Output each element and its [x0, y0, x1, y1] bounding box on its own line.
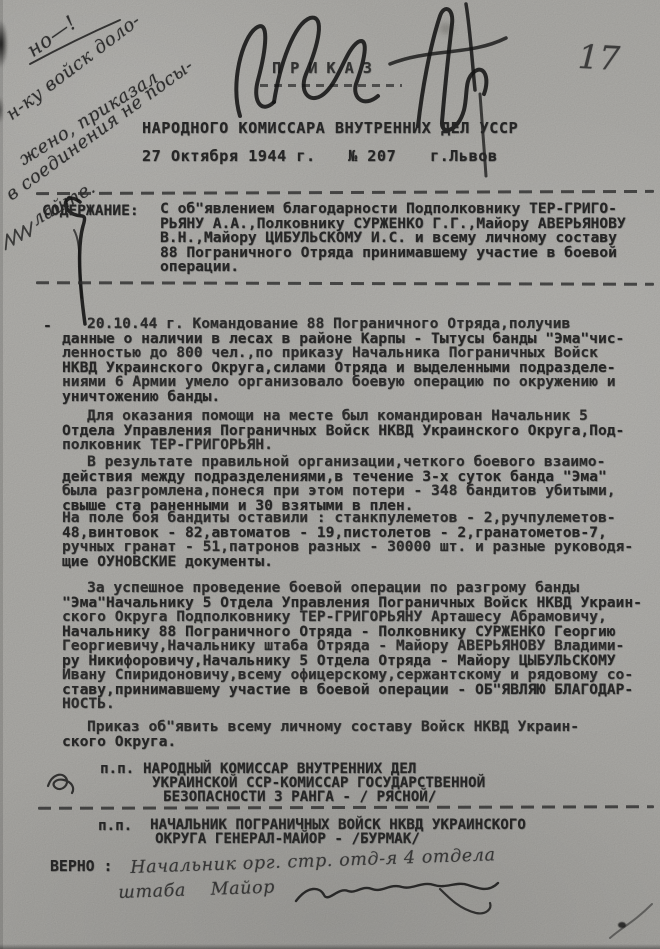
signature-block-chief: НАЧАЛЬНИК ПОГРАНИЧНЫХ ВОЙСК НКВД УКРАИНС…	[150, 819, 526, 847]
paragraph-dash-mark: -	[43, 317, 52, 334]
text-line: НОСТЬ.	[62, 697, 658, 712]
text-line: полковник ТЕР-ГРИГОРЬЯН.	[62, 438, 658, 453]
text-line: На поле боя бандиты оставили : станкпуле…	[62, 511, 658, 526]
certifier-signature-scrawl	[290, 875, 505, 917]
body-paragraph: За успешное проведение боевой операции п…	[62, 581, 658, 712]
verno-label: ВЕРНО :	[50, 858, 112, 875]
body-paragraph: 20.10.44 г. Командование 88 Пограничного…	[62, 317, 658, 405]
scan-left-shadow	[0, 0, 3, 949]
order-number: № 207	[348, 147, 396, 165]
body-paragraph: На поле боя бандиты оставили : станкпуле…	[62, 511, 658, 569]
issuer-line: НАРОДНОГО КОМИССАРА ВНУТРЕННИХ ДЕЛ УССР	[142, 119, 518, 137]
text-line: БЕЗОПАСНОСТИ 3 РАНГА - / РЯСНОЙ/	[143, 790, 485, 804]
separator-rule	[36, 281, 654, 286]
separator-rule	[36, 190, 654, 195]
text-line: была разгромлена,понеся при этом потери …	[62, 484, 658, 499]
body-paragraph: В результате правильной организации,четк…	[62, 455, 658, 513]
document-page: но—! н-ку войск доло- жено, приказал в с…	[0, 0, 660, 949]
page-number-mark: 17	[577, 37, 621, 78]
body-paragraph: Для оказания помощи на месте был команди…	[62, 409, 658, 453]
text-line: ленностью до 800 чел.,по приказу Начальн…	[62, 346, 658, 361]
text-line: ручных гранат - 51,патронов разных - 300…	[62, 540, 658, 555]
margin-check-scribble	[44, 768, 80, 800]
certification-handwriting: Начальник орг. стр. отд-я 4 отдела	[130, 845, 496, 878]
text-line: ставу,принимавшему участие в боевой опер…	[62, 683, 658, 698]
text-line: За успешное проведение боевой операции п…	[62, 581, 658, 596]
text-line: Георгиевичу,Начальнику штаба Отряда - Ма…	[62, 639, 658, 654]
text-line: В результате правильной организации,четк…	[62, 455, 658, 470]
signature-block-commissar: НАРОДНЫЙ КОМИССАР ВНУТРЕННИХ ДЕЛУКРАИНСК…	[143, 762, 485, 805]
text-line: ского Округа.	[62, 735, 658, 750]
text-line: 20.10.44 г. Командование 88 Пограничного…	[62, 317, 658, 332]
pp-mark: п.п.	[98, 819, 132, 833]
subject-text: С об"явлением благодарности Подполковник…	[160, 202, 626, 275]
text-line: Ивану Спиридоновичу,всему офицерскому,се…	[62, 668, 658, 683]
margin-note-underline-stroke	[26, 12, 126, 72]
scan-bottom-shadow	[0, 944, 660, 949]
text-line: Для оказания помощи на месте был команди…	[62, 409, 658, 424]
text-line: ниями 6 Армии умело организовало боевую …	[62, 375, 658, 390]
certification-handwriting: штаба Майор	[118, 878, 275, 903]
order-date: 27 Октября 1944 г.	[142, 147, 316, 165]
text-line: щие ОУНОВСКИЕ документы.	[62, 555, 658, 570]
separator-rule	[38, 805, 654, 810]
pp-mark: п.п.	[100, 762, 134, 776]
subject-label: СОДЕРЖАНИЕ:	[42, 202, 139, 219]
text-line: ского Округа Подполковнику ТЕР-ГРИГОРЬЯН…	[62, 610, 658, 625]
text-line: операции.	[160, 260, 626, 275]
scan-pen-trace	[606, 898, 656, 942]
text-line: ОКРУГА ГЕНЕРАЛ-МАЙОР - /БУРМАК/	[150, 833, 526, 847]
body-paragraph: Приказ об"явить всему личному составу Во…	[62, 720, 658, 749]
text-line: уничтожению банды.	[62, 390, 658, 405]
order-place: г.Львов	[430, 147, 498, 165]
text-line: Приказ об"явить всему личному составу Во…	[62, 720, 658, 735]
